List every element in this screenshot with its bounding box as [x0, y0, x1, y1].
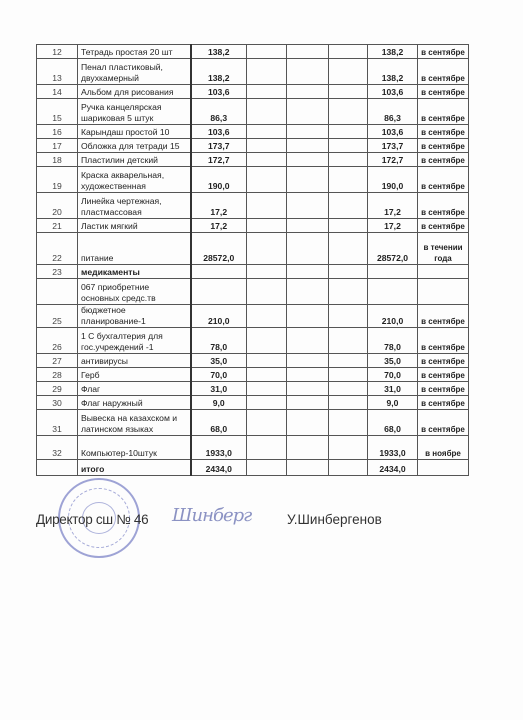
row-number: 17 [37, 139, 78, 153]
empty-cell [287, 85, 329, 99]
row-number: 22 [37, 233, 78, 265]
item-name: бюджетное планирование-1 [78, 305, 191, 328]
empty-cell [247, 328, 287, 354]
amount-cell: 17,2 [191, 219, 247, 233]
item-name: Альбом для рисования [78, 85, 191, 99]
empty-cell [287, 305, 329, 328]
amount-cell: 2434,0 [191, 460, 247, 476]
item-name: Герб [78, 368, 191, 382]
period-cell: в ноябре [418, 436, 469, 460]
amount-cell: 210,0 [191, 305, 247, 328]
total-cell: 210,0 [368, 305, 418, 328]
item-name: Ластик мягкий [78, 219, 191, 233]
table-row: 31Вывеска на казахском и латинском языка… [37, 410, 469, 436]
total-cell: 138,2 [368, 59, 418, 85]
row-number: 25 [37, 305, 78, 328]
empty-cell [287, 99, 329, 125]
item-name: Тетрадь простая 20 шт [78, 45, 191, 59]
empty-cell [329, 193, 368, 219]
total-cell: 17,2 [368, 219, 418, 233]
empty-cell [287, 368, 329, 382]
empty-cell [287, 153, 329, 167]
period-cell: в сентябре [418, 368, 469, 382]
period-cell: в сентябре [418, 167, 469, 193]
empty-cell [329, 125, 368, 139]
table-row: 20Линейка чертежная, пластмассовая17,217… [37, 193, 469, 219]
table-row: 21Ластик мягкий17,217,2в сентябре [37, 219, 469, 233]
table-row: 25бюджетное планирование-1210,0210,0в се… [37, 305, 469, 328]
total-cell: 2434,0 [368, 460, 418, 476]
total-cell: 173,7 [368, 139, 418, 153]
row-number: 26 [37, 328, 78, 354]
item-name: 1 С бухгалтерия для гос.учреждений -1 [78, 328, 191, 354]
total-cell: 9,0 [368, 396, 418, 410]
empty-cell [329, 139, 368, 153]
amount-cell [191, 279, 247, 305]
empty-cell [329, 460, 368, 476]
empty-cell [247, 368, 287, 382]
item-name: медикаменты [78, 265, 191, 279]
row-number: 31 [37, 410, 78, 436]
empty-cell [287, 193, 329, 219]
period-cell: в сентябре [418, 396, 469, 410]
period-cell: в сентябре [418, 305, 469, 328]
empty-cell [329, 328, 368, 354]
empty-cell [247, 279, 287, 305]
empty-cell [329, 368, 368, 382]
empty-cell [247, 59, 287, 85]
amount-cell: 172,7 [191, 153, 247, 167]
row-number: 23 [37, 265, 78, 279]
period-cell: в течении года [418, 233, 469, 265]
table-row: 32Компьютер-10штук1933,01933,0в ноябре [37, 436, 469, 460]
item-name: питание [78, 233, 191, 265]
row-number: 13 [37, 59, 78, 85]
empty-cell [247, 410, 287, 436]
item-name: Линейка чертежная, пластмассовая [78, 193, 191, 219]
table-row: 16Карындаш простой 10103,6103,6в сентябр… [37, 125, 469, 139]
period-cell: в сентябре [418, 99, 469, 125]
item-name: Пенал пластиковый, двухкамерный [78, 59, 191, 85]
empty-cell [287, 328, 329, 354]
amount-cell: 70,0 [191, 368, 247, 382]
total-cell [368, 265, 418, 279]
empty-cell [329, 354, 368, 368]
period-cell [418, 460, 469, 476]
table-row: 27антивирусы35,035,0в сентябре [37, 354, 469, 368]
empty-cell [329, 99, 368, 125]
empty-cell [329, 265, 368, 279]
empty-cell [247, 219, 287, 233]
empty-cell [247, 125, 287, 139]
empty-cell [329, 167, 368, 193]
empty-cell [287, 45, 329, 59]
item-name: 067 приобретние основных средс.тв [78, 279, 191, 305]
total-cell: 86,3 [368, 99, 418, 125]
empty-cell [247, 305, 287, 328]
period-cell: в сентябре [418, 59, 469, 85]
amount-cell [191, 265, 247, 279]
item-name: антивирусы [78, 354, 191, 368]
total-cell: 190,0 [368, 167, 418, 193]
row-number: 14 [37, 85, 78, 99]
row-number [37, 460, 78, 476]
empty-cell [329, 396, 368, 410]
total-cell [368, 279, 418, 305]
total-cell: 1933,0 [368, 436, 418, 460]
total-cell: 172,7 [368, 153, 418, 167]
director-label: Директор сш № 46 [36, 512, 148, 527]
row-number: 21 [37, 219, 78, 233]
period-cell: в сентябре [418, 382, 469, 396]
amount-cell: 31,0 [191, 382, 247, 396]
budget-table: 12Тетрадь простая 20 шт138,2138,2в сентя… [36, 44, 469, 476]
empty-cell [329, 233, 368, 265]
table-row: 19Краска акварельная, художественная190,… [37, 167, 469, 193]
empty-cell [287, 279, 329, 305]
period-cell: в сентябре [418, 139, 469, 153]
total-cell: 17,2 [368, 193, 418, 219]
table-row: 067 приобретние основных средс.тв [37, 279, 469, 305]
empty-cell [247, 233, 287, 265]
empty-cell [247, 265, 287, 279]
table-row: 28Герб70,070,0в сентябре [37, 368, 469, 382]
empty-cell [329, 382, 368, 396]
item-name: итого [78, 460, 191, 476]
item-name: Пластилин детский [78, 153, 191, 167]
table-row: 18Пластилин детский172,7172,7в сентябре [37, 153, 469, 167]
item-name: Карындаш простой 10 [78, 125, 191, 139]
row-number: 28 [37, 368, 78, 382]
table-row: 15Ручка канцелярская шариковая 5 штук86,… [37, 99, 469, 125]
table-row: 261 С бухгалтерия для гос.учреждений -17… [37, 328, 469, 354]
amount-cell: 138,2 [191, 45, 247, 59]
empty-cell [329, 153, 368, 167]
empty-cell [329, 59, 368, 85]
row-number: 12 [37, 45, 78, 59]
signature: Шинберг [172, 505, 251, 526]
item-name: Ручка канцелярская шариковая 5 штук [78, 99, 191, 125]
amount-cell: 138,2 [191, 59, 247, 85]
empty-cell [287, 460, 329, 476]
empty-cell [287, 125, 329, 139]
empty-cell [287, 219, 329, 233]
empty-cell [287, 382, 329, 396]
table-row: 17Обложка для тетради 15173,7173,7в сент… [37, 139, 469, 153]
period-cell: в сентябре [418, 153, 469, 167]
total-cell: 35,0 [368, 354, 418, 368]
period-cell: в сентябре [418, 85, 469, 99]
amount-cell: 86,3 [191, 99, 247, 125]
empty-cell [247, 193, 287, 219]
table-row: 30Флаг наружный9,09,0в сентябре [37, 396, 469, 410]
row-number: 30 [37, 396, 78, 410]
period-cell [418, 265, 469, 279]
total-cell: 68,0 [368, 410, 418, 436]
period-cell: в сентябре [418, 193, 469, 219]
row-number: 19 [37, 167, 78, 193]
item-name: Краска акварельная, художественная [78, 167, 191, 193]
director-name: У.Шинбергенов [287, 512, 382, 527]
empty-cell [329, 410, 368, 436]
amount-cell: 9,0 [191, 396, 247, 410]
row-number: 27 [37, 354, 78, 368]
empty-cell [329, 279, 368, 305]
item-name: Обложка для тетради 15 [78, 139, 191, 153]
amount-cell: 28572,0 [191, 233, 247, 265]
empty-cell [287, 436, 329, 460]
amount-cell: 17,2 [191, 193, 247, 219]
empty-cell [287, 139, 329, 153]
row-number: 18 [37, 153, 78, 167]
total-cell: 103,6 [368, 125, 418, 139]
total-cell: 103,6 [368, 85, 418, 99]
row-number: 32 [37, 436, 78, 460]
empty-cell [247, 99, 287, 125]
empty-cell [287, 410, 329, 436]
table-row: итого2434,02434,0 [37, 460, 469, 476]
empty-cell [329, 436, 368, 460]
period-cell: в сентябре [418, 219, 469, 233]
total-cell: 28572,0 [368, 233, 418, 265]
item-name: Вывеска на казахском и латинском языках [78, 410, 191, 436]
empty-cell [287, 59, 329, 85]
empty-cell [247, 45, 287, 59]
total-cell: 138,2 [368, 45, 418, 59]
row-number: 20 [37, 193, 78, 219]
row-number: 15 [37, 99, 78, 125]
empty-cell [329, 85, 368, 99]
table-row: 23медикаменты [37, 265, 469, 279]
period-cell: в сентябре [418, 328, 469, 354]
empty-cell [247, 139, 287, 153]
document-page: 12Тетрадь простая 20 шт138,2138,2в сентя… [0, 0, 523, 720]
empty-cell [329, 219, 368, 233]
amount-cell: 190,0 [191, 167, 247, 193]
amount-cell: 78,0 [191, 328, 247, 354]
empty-cell [329, 305, 368, 328]
row-number: 16 [37, 125, 78, 139]
amount-cell: 103,6 [191, 85, 247, 99]
table-body: 12Тетрадь простая 20 шт138,2138,2в сентя… [37, 45, 469, 476]
period-cell: в сентябре [418, 45, 469, 59]
table-row: 22питание28572,028572,0в течении года [37, 233, 469, 265]
period-cell: в сентябре [418, 410, 469, 436]
empty-cell [247, 460, 287, 476]
item-name: Флаг [78, 382, 191, 396]
table-row: 12Тетрадь простая 20 шт138,2138,2в сентя… [37, 45, 469, 59]
total-cell: 78,0 [368, 328, 418, 354]
empty-cell [247, 167, 287, 193]
amount-cell: 173,7 [191, 139, 247, 153]
empty-cell [287, 233, 329, 265]
total-cell: 31,0 [368, 382, 418, 396]
item-name: Флаг наружный [78, 396, 191, 410]
amount-cell: 1933,0 [191, 436, 247, 460]
empty-cell [247, 85, 287, 99]
empty-cell [329, 45, 368, 59]
empty-cell [247, 354, 287, 368]
empty-cell [287, 396, 329, 410]
amount-cell: 68,0 [191, 410, 247, 436]
row-number: 29 [37, 382, 78, 396]
period-cell: в сентябре [418, 354, 469, 368]
period-cell: в сентябре [418, 125, 469, 139]
table-row: 14Альбом для рисования103,6103,6в сентяб… [37, 85, 469, 99]
total-cell: 70,0 [368, 368, 418, 382]
empty-cell [287, 167, 329, 193]
amount-cell: 35,0 [191, 354, 247, 368]
row-number [37, 279, 78, 305]
table-row: 29Флаг31,031,0в сентябре [37, 382, 469, 396]
empty-cell [287, 265, 329, 279]
empty-cell [247, 436, 287, 460]
amount-cell: 103,6 [191, 125, 247, 139]
period-cell [418, 279, 469, 305]
empty-cell [247, 396, 287, 410]
item-name: Компьютер-10штук [78, 436, 191, 460]
empty-cell [247, 382, 287, 396]
empty-cell [247, 153, 287, 167]
table-row: 13Пенал пластиковый, двухкамерный138,213… [37, 59, 469, 85]
empty-cell [287, 354, 329, 368]
